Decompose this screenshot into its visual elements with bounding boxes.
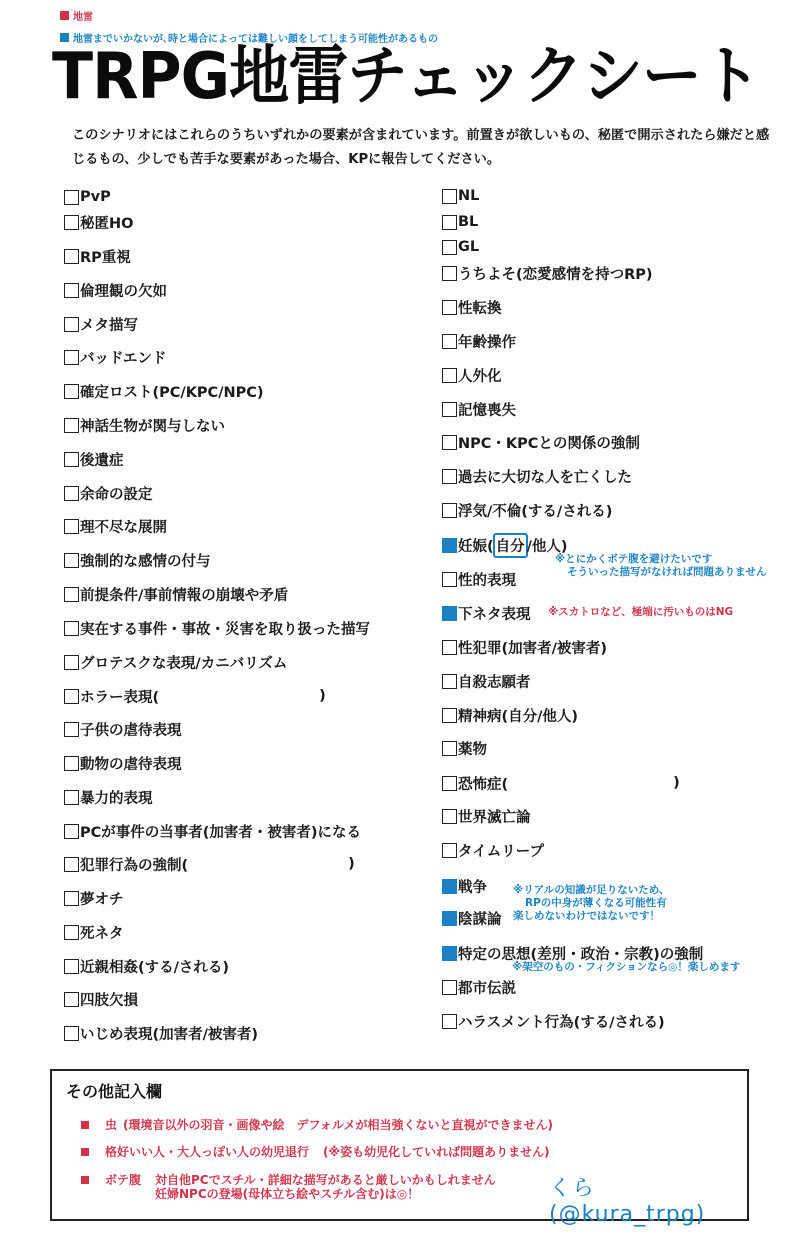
checklist-item[interactable]: メタ描写 <box>64 314 138 334</box>
other-item-text: (環境音以外の羽音・画像や絵 デフォルメが相当強くないと直視ができません) <box>123 1118 553 1132</box>
checklist-item-label: 死ネタ <box>80 922 124 943</box>
checklist-item[interactable]: バッドエンド <box>64 347 166 367</box>
note-line: ※リアルの知識が足りないため、 <box>513 884 669 897</box>
checkbox[interactable] <box>64 215 79 230</box>
checklist-item[interactable]: 特定の思想(差別・政治・宗教)の強制 <box>442 943 703 963</box>
checklist-item[interactable]: 恐怖症() <box>442 773 680 793</box>
checklist-item[interactable]: 前提条件/事前情報の崩壊や矛盾 <box>64 584 288 604</box>
note-line: 楽しめないわけではないです！ <box>513 910 669 923</box>
checklist-item[interactable]: 神話生物が関与しない <box>64 415 225 435</box>
checklist-item[interactable]: 暴力的表現 <box>64 787 153 807</box>
checkbox[interactable] <box>64 925 79 940</box>
checkbox[interactable] <box>64 891 79 906</box>
checked-box-icon[interactable] <box>442 606 457 621</box>
intro-text: このシナリオにはこれらのうちいずれかの要素が含まれています。前置きが欲しいもの、… <box>72 124 772 172</box>
checklist-item[interactable]: 自殺志願者 <box>442 671 531 691</box>
checklist-item[interactable]: ハラスメント行為(する/される) <box>442 1011 665 1031</box>
checklist-item[interactable]: タイムリープ <box>442 840 544 860</box>
legend-label: 地雷 <box>73 8 93 23</box>
checkbox[interactable] <box>442 809 457 824</box>
checklist-item[interactable]: 四肢欠損 <box>64 989 138 1009</box>
note-ideology: ※架空のもの・フィクションなら◎！楽しめます <box>512 961 740 974</box>
checklist-item-label: 妊娠( <box>458 535 494 556</box>
checkbox[interactable] <box>442 368 457 383</box>
checkbox[interactable] <box>64 857 79 872</box>
checkbox[interactable] <box>64 553 79 568</box>
checkbox[interactable] <box>442 300 457 315</box>
checklist-item-label: 都市伝説 <box>458 977 516 998</box>
checklist-item[interactable]: RP重視 <box>64 246 131 266</box>
checklist-item[interactable]: NPC・KPCとの関係の強制 <box>442 432 640 452</box>
red-square-icon <box>81 1148 89 1156</box>
checked-box-icon[interactable] <box>442 946 457 961</box>
red-square-icon <box>60 11 69 20</box>
checkbox[interactable] <box>64 190 79 205</box>
checklist-item-label: 四肢欠損 <box>80 989 138 1010</box>
checkbox[interactable] <box>442 189 457 204</box>
checklist-item-suffix: ) <box>673 775 680 791</box>
checklist-item[interactable]: 精神病(自分/他人) <box>442 705 578 725</box>
checklist-item[interactable]: ホラー表現() <box>64 686 326 706</box>
checklist-item[interactable]: うちよそ(恋愛感情を持つRP) <box>442 263 653 283</box>
checklist-item-label: PCが事件の当事者(加害者・被害者)になる <box>80 821 361 842</box>
checkbox[interactable] <box>442 215 457 230</box>
red-square-icon <box>81 1176 89 1184</box>
checklist-item[interactable]: 強制的な感情の付与 <box>64 550 211 570</box>
checkbox[interactable] <box>64 756 79 771</box>
checklist-item[interactable]: 秘匿HO <box>64 212 133 232</box>
checklist-item-label: 薬物 <box>458 738 487 759</box>
note-line: そういった描写がなければ問題ありません <box>555 566 767 579</box>
checkbox[interactable] <box>64 689 79 704</box>
other-item-label: 虫 <box>105 1118 117 1132</box>
checkbox[interactable] <box>64 418 79 433</box>
checklist-item-label: 動物の虐待表現 <box>80 753 182 774</box>
legend-landmine: 地雷 <box>60 8 93 23</box>
checkbox[interactable] <box>442 741 457 756</box>
checkbox[interactable] <box>64 1026 79 1041</box>
checkbox[interactable] <box>64 992 79 1007</box>
checked-box-icon[interactable] <box>442 879 457 894</box>
checkbox[interactable] <box>64 249 79 264</box>
checklist-item-suffix: ) <box>319 688 326 704</box>
checklist-item-label: 記憶喪失 <box>458 399 516 420</box>
checklist-item-label: グロテスクな表現/カニバリズム <box>80 652 287 673</box>
checklist-item[interactable]: NL <box>442 186 479 206</box>
checklist-item[interactable]: 性転換 <box>442 297 502 317</box>
checklist-item-label: BL <box>458 214 478 230</box>
checklist-item[interactable]: 薬物 <box>442 738 487 758</box>
checkbox[interactable] <box>442 640 457 655</box>
checkbox[interactable] <box>442 843 457 858</box>
checkbox[interactable] <box>442 469 457 484</box>
checkbox[interactable] <box>64 790 79 805</box>
checkbox[interactable] <box>64 655 79 670</box>
checklist-item[interactable]: 理不尽な展開 <box>64 516 167 536</box>
checklist-item[interactable]: 年齢操作 <box>442 331 516 351</box>
checkbox[interactable] <box>64 959 79 974</box>
checkbox[interactable] <box>64 486 79 501</box>
other-item-line: 対自他PCでスチル・詳細な描写があると厳しいかもしれません <box>155 1173 496 1187</box>
checkbox[interactable] <box>442 776 457 791</box>
checkbox[interactable] <box>64 519 79 534</box>
checklist-item[interactable]: 浮気/不倫(する/される) <box>442 500 612 520</box>
checkbox[interactable] <box>442 572 457 587</box>
checkbox[interactable] <box>64 824 79 839</box>
checklist-item-label: 恐怖症( <box>458 773 508 794</box>
checklist-item[interactable]: 過去に大切な人を亡くした <box>442 466 632 486</box>
checkbox[interactable] <box>64 452 79 467</box>
checklist-item[interactable]: 実在する事件・事故・災害を取り扱った描写 <box>64 618 370 638</box>
checklist-item[interactable]: 下ネタ表現 <box>442 603 531 623</box>
checklist-item-label: 精神病(自分/他人) <box>458 705 578 726</box>
checklist-item[interactable]: 動物の虐待表現 <box>64 753 182 773</box>
checkbox[interactable] <box>442 402 457 417</box>
note-war-conspiracy: ※リアルの知識が足りないため、 RPの中身が薄くなる可能性有 楽しめないわけでは… <box>513 884 669 923</box>
checklist-item-label: 人外化 <box>458 365 502 386</box>
checklist-item[interactable]: 倫理観の欠如 <box>64 280 167 300</box>
checklist-item-label: 近親相姦(する/される) <box>80 956 229 977</box>
checklist-item-label: PvP <box>80 189 111 205</box>
checkbox[interactable] <box>442 334 457 349</box>
author-signature: くら (@kura_trpg) <box>549 1171 747 1227</box>
checklist-item-label: 倫理観の欠如 <box>80 280 167 301</box>
checkbox[interactable] <box>442 1014 457 1029</box>
checklist-item[interactable]: 確定ロスト(PC/KPC/NPC) <box>64 381 264 401</box>
checklist-item[interactable]: 世界滅亡論 <box>442 806 531 826</box>
checklist-item[interactable]: GL <box>442 237 479 257</box>
other-item-text: (※姿も幼児化していれば問題ありません) <box>323 1145 550 1159</box>
note-pregnancy: ※とにかくボテ腹を避けたいです そういった描写がなければ問題ありません <box>555 553 767 579</box>
checkbox[interactable] <box>64 317 79 332</box>
checklist-item[interactable]: 後遺症 <box>64 449 124 469</box>
checklist-item[interactable]: 子供の虐待表現 <box>64 719 182 739</box>
other-item-line: 妊婦NPCの登場(母体立ち絵やスチル含む)は◎！ <box>155 1187 496 1201</box>
checklist-item[interactable]: 犯罪行為の強制() <box>64 854 355 874</box>
checklist-item-label: 強制的な感情の付与 <box>80 550 211 571</box>
checklist-item-label: 神話生物が関与しない <box>80 415 225 436</box>
note-dirty-jokes: ※スカトロなど、極端に汚いものはNG <box>548 606 733 619</box>
checklist-item-label: ハラスメント行為(する/される) <box>458 1011 665 1032</box>
checklist-item-label: 下ネタ表現 <box>458 603 531 624</box>
checklist-item[interactable]: 妊娠(自分/他人) <box>442 535 568 555</box>
checkbox[interactable] <box>442 435 457 450</box>
checklist-item-label: 戦争 <box>458 876 487 897</box>
checklist-item-label: RP重視 <box>80 246 131 267</box>
checklist-item-label: 秘匿HO <box>80 212 133 233</box>
checklist-item[interactable]: PvP <box>64 187 111 207</box>
checklist-item-label: 過去に大切な人を亡くした <box>458 466 632 487</box>
checklist-item[interactable]: グロテスクな表現/カニバリズム <box>64 652 287 672</box>
checklist-item-suffix: ) <box>348 856 355 872</box>
checked-box-icon[interactable] <box>442 538 457 553</box>
checkbox[interactable] <box>64 587 79 602</box>
checklist-item-label: いじめ表現(加害者/被害者) <box>80 1023 258 1044</box>
checklist-item[interactable]: 戦争 <box>442 876 487 896</box>
circled-option: 自分 <box>493 533 528 558</box>
checklist-item[interactable]: BL <box>442 212 478 232</box>
checkbox[interactable] <box>442 503 457 518</box>
checkbox[interactable] <box>64 722 79 737</box>
checkbox[interactable] <box>442 980 457 995</box>
checklist-item-label: 性転換 <box>458 297 502 318</box>
other-item-text: 対自他PCでスチル・詳細な描写があると厳しいかもしれません 妊婦NPCの登場(母… <box>155 1173 496 1201</box>
checklist-item-label: 理不尽な展開 <box>80 516 167 537</box>
checklist-item-label: 前提条件/事前情報の崩壊や矛盾 <box>80 584 288 605</box>
checklist-item-label: 性犯罪(加害者/被害者) <box>458 637 607 658</box>
checklist-item-label: ホラー表現( <box>80 686 159 707</box>
checklist-item[interactable]: いじめ表現(加害者/被害者) <box>64 1023 258 1043</box>
checklist-item-label: うちよそ(恋愛感情を持つRP) <box>458 263 653 284</box>
checklist-item[interactable]: 近親相姦(する/される) <box>64 956 229 976</box>
other-notes-box: その他記入欄 虫 (環境音以外の羽音・画像や絵 デフォルメが相当強くないと直視が… <box>50 1069 749 1221</box>
checkbox[interactable] <box>442 240 457 255</box>
checklist-item-label: 自殺志願者 <box>458 671 531 692</box>
checklist-item-label: タイムリープ <box>458 840 544 861</box>
checklist-item-label: NPC・KPCとの関係の強制 <box>458 432 640 453</box>
checklist-item-label: 余命の設定 <box>80 483 153 504</box>
checklist-item-label: 後遺症 <box>80 449 124 470</box>
other-item-label: 格好いい人・大人っぽい人の幼児退行 <box>105 1145 309 1159</box>
checklist-item[interactable]: 記憶喪失 <box>442 399 516 419</box>
checklist-item-label: 暴力的表現 <box>80 787 153 808</box>
checklist-item-label: 浮気/不倫(する/される) <box>458 500 612 521</box>
checklist-item[interactable]: 人外化 <box>442 365 502 385</box>
other-item: 格好いい人・大人っぽい人の幼児退行 (※姿も幼児化していれば問題ありません) <box>81 1145 550 1159</box>
note-line: ※とにかくボテ腹を避けたいです <box>555 553 767 566</box>
checklist-item[interactable]: 死ネタ <box>64 922 124 942</box>
checklist-item[interactable]: 余命の設定 <box>64 483 153 503</box>
checklist-item-label: 年齢操作 <box>458 331 516 352</box>
checklist-item-label: 実在する事件・事故・災害を取り扱った描写 <box>80 618 370 639</box>
other-notes-title: その他記入欄 <box>66 1079 162 1102</box>
checkbox[interactable] <box>64 350 79 365</box>
checklist-item[interactable]: 性犯罪(加害者/被害者) <box>442 637 607 657</box>
checklist-item-label: 夢オチ <box>80 888 124 909</box>
checklist-item[interactable]: 都市伝説 <box>442 977 516 997</box>
checklist-item-label: 確定ロスト(PC/KPC/NPC) <box>80 381 264 402</box>
checklist-item-label: NL <box>458 188 479 204</box>
checklist-item-label: GL <box>458 239 479 255</box>
red-square-icon <box>81 1121 89 1129</box>
other-item: 虫 (環境音以外の羽音・画像や絵 デフォルメが相当強くないと直視ができません) <box>81 1118 553 1132</box>
checkbox[interactable] <box>442 674 457 689</box>
checked-box-icon[interactable] <box>442 911 457 926</box>
checklist-item[interactable]: 性的表現 <box>442 569 516 589</box>
page-title: TRPG地雷チェックシート <box>52 42 760 112</box>
checkbox[interactable] <box>64 621 79 636</box>
checklist-item-label: 世界滅亡論 <box>458 806 531 827</box>
checkbox[interactable] <box>442 266 457 281</box>
checkbox[interactable] <box>64 384 79 399</box>
other-item-label: ボテ腹 <box>105 1173 141 1187</box>
checklist-item-label: 陰謀論 <box>458 908 502 929</box>
checklist-item[interactable]: 陰謀論 <box>442 908 502 928</box>
checklist-item[interactable]: 夢オチ <box>64 888 124 908</box>
checklist-item-label: 犯罪行為の強制( <box>80 854 188 875</box>
checklist-item-label: バッドエンド <box>80 347 166 368</box>
other-item: ボテ腹 対自他PCでスチル・詳細な描写があると厳しいかもしれません 妊婦NPCの… <box>81 1173 496 1201</box>
checklist-item[interactable]: PCが事件の当事者(加害者・被害者)になる <box>64 821 361 841</box>
checkbox[interactable] <box>442 708 457 723</box>
checkbox[interactable] <box>64 283 79 298</box>
checklist-item-label: 性的表現 <box>458 569 516 590</box>
checklist-item-label: メタ描写 <box>80 314 138 335</box>
checklist-item-label: 子供の虐待表現 <box>80 719 182 740</box>
note-line: RPの中身が薄くなる可能性有 <box>513 897 669 910</box>
